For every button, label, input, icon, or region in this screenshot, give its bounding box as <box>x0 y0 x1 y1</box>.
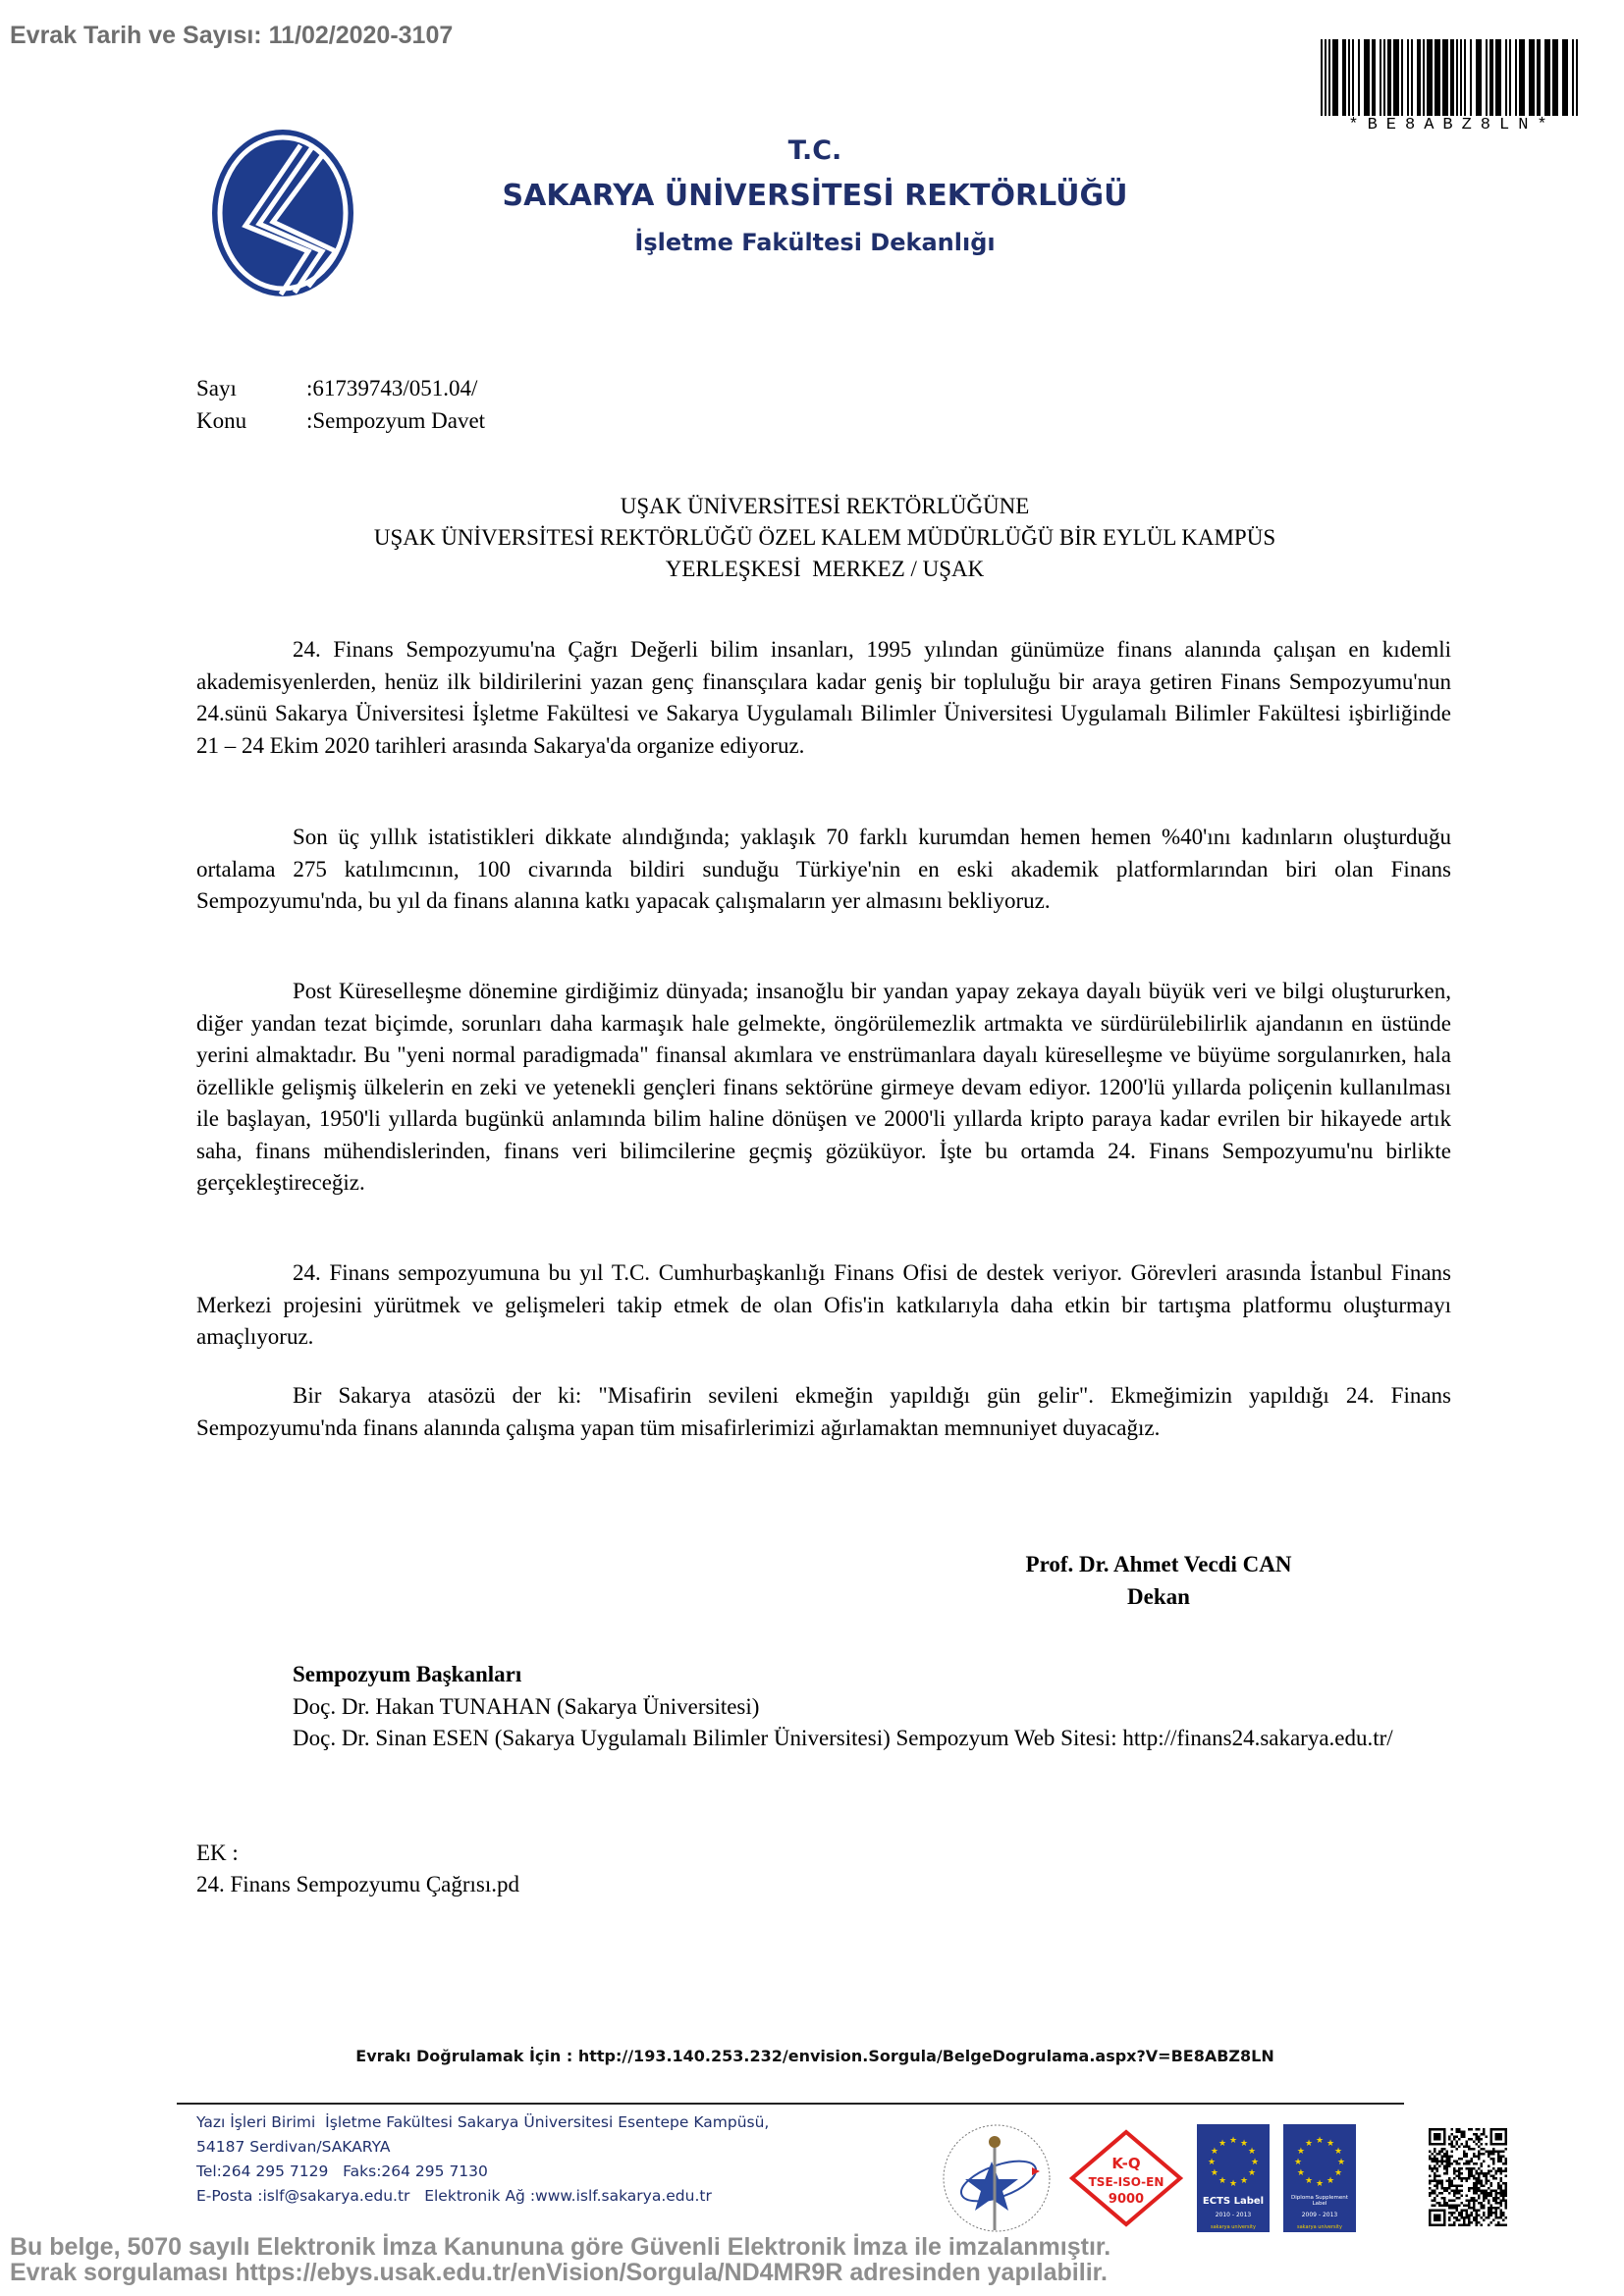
svg-text:★: ★ <box>1316 2135 1324 2145</box>
addressee-line: UŞAK ÜNİVERSİTESİ REKTÖRLÜĞÜNE <box>196 491 1453 522</box>
svg-text:★: ★ <box>1297 2146 1305 2156</box>
ects-org: sakarya university <box>1197 2224 1270 2230</box>
footer-badges: K-Q TSE-ISO-EN 9000 ★★★★★★★★★★★★ ECTS La… <box>938 2120 1356 2236</box>
svg-text:★: ★ <box>1305 2138 1313 2148</box>
chair-2-text: Doç. Dr. Sinan ESEN (Sakarya Uygulamalı … <box>293 1726 1393 1750</box>
body-paragraph-2: Son üç yıllık istatistikleri dikkate alı… <box>196 822 1451 918</box>
ds-title: Diploma Supplement Label <box>1283 2195 1356 2207</box>
svg-text:★: ★ <box>1240 2138 1248 2148</box>
e-signature-line: Bu belge, 5070 sayılı Elektronik İmza Ka… <box>10 2234 1110 2260</box>
signatory-title: Dekan <box>884 1580 1434 1613</box>
symposium-chairs: Sempozyum Başkanları Doç. Dr. Hakan TUNA… <box>196 1659 1451 1755</box>
document-query-line: Evrak sorgulaması https://ebys.usak.edu.… <box>10 2260 1110 2285</box>
chair-1: Doç. Dr. Hakan TUNAHAN (Sakarya Üniversi… <box>196 1691 1451 1724</box>
sayi-label: Sayı <box>196 376 306 401</box>
svg-text:★: ★ <box>1240 2175 1248 2185</box>
meta-sayi: Sayı:61739743/051.04/ <box>196 376 477 401</box>
svg-text:★: ★ <box>1316 2178 1324 2188</box>
svg-text:K-Q: K-Q <box>1111 2155 1140 2172</box>
body-paragraph-4: 24. Finans sempozyumuna bu yıl T.C. Cumh… <box>196 1257 1451 1354</box>
ects-label-badge: ★★★★★★★★★★★★ ECTS Label 2010 - 2013 saka… <box>1197 2124 1270 2232</box>
paragraph-text: Bir Sakarya atasözü der ki: "Misafirin s… <box>196 1383 1451 1440</box>
svg-text:★: ★ <box>1218 2175 1226 2185</box>
konu-value: :Sempozyum Davet <box>306 408 485 433</box>
header-tc: T.C. <box>442 135 1188 166</box>
tse-iso-badge: K-Q TSE-ISO-EN 9000 <box>1069 2129 1183 2227</box>
konu-label: Konu <box>196 408 306 434</box>
svg-text:★: ★ <box>1211 2167 1218 2177</box>
footer-line: Yazı İşleri Birimi İşletme Fakültesi Sak… <box>196 2110 769 2135</box>
svg-text:★: ★ <box>1334 2167 1342 2177</box>
footer-address: Yazı İşleri Birimi İşletme Fakültesi Sak… <box>196 2110 769 2209</box>
addressee-block: UŞAK ÜNİVERSİTESİ REKTÖRLÜĞÜNE UŞAK ÜNİV… <box>196 491 1453 585</box>
addressee-line: UŞAK ÜNİVERSİTESİ REKTÖRLÜĞÜ ÖZEL KALEM … <box>196 522 1453 554</box>
paragraph-text: Son üç yıllık istatistikleri dikkate alı… <box>196 825 1451 913</box>
svg-text:★: ★ <box>1211 2146 1218 2156</box>
ects-years: 2010 - 2013 <box>1197 2212 1270 2218</box>
header-faculty: İşletme Fakültesi Dekanlığı <box>442 229 1188 256</box>
footer-line: 54187 Serdivan/SAKARYA <box>196 2135 769 2160</box>
attachment-item[interactable]: 24. Finans Sempozyumu Çağrısı.pd <box>196 1869 519 1900</box>
diploma-supplement-badge: ★★★★★★★★★★★★ Diploma Supplement Label 20… <box>1283 2124 1356 2232</box>
svg-text:★: ★ <box>1297 2167 1305 2177</box>
svg-text:★: ★ <box>1248 2167 1256 2177</box>
svg-text:★: ★ <box>1208 2157 1216 2166</box>
verification-link[interactable]: Evrakı Doğrulamak İçin : http://193.140.… <box>177 2047 1453 2065</box>
barcode-icon <box>1321 39 1584 116</box>
body-paragraph-1: 24. Finans Sempozyumu'na Çağrı Değerli b… <box>196 634 1451 762</box>
svg-text:★: ★ <box>1305 2175 1313 2185</box>
footer-divider <box>177 2103 1404 2105</box>
svg-text:★: ★ <box>1294 2157 1302 2166</box>
svg-text:★: ★ <box>1326 2138 1334 2148</box>
svg-text:★: ★ <box>1326 2175 1334 2185</box>
svg-text:★: ★ <box>1337 2157 1345 2166</box>
svg-text:★: ★ <box>1334 2146 1342 2156</box>
svg-text:★: ★ <box>1251 2157 1259 2166</box>
barcode: *BE8ABZ8LN* <box>1321 39 1584 120</box>
signatory-name: Prof. Dr. Ahmet Vecdi CAN <box>884 1548 1434 1580</box>
qr-code-icon <box>1429 2128 1507 2226</box>
svg-text:TSE-ISO-EN: TSE-ISO-EN <box>1089 2175 1164 2189</box>
chair-2: Doç. Dr. Sinan ESEN (Sakarya Uygulamalı … <box>196 1723 1451 1755</box>
svg-text:★: ★ <box>1229 2178 1237 2188</box>
svg-text:9000: 9000 <box>1109 2192 1144 2207</box>
svg-text:★: ★ <box>1229 2135 1237 2145</box>
signature-block: Prof. Dr. Ahmet Vecdi CAN Dekan <box>884 1548 1434 1613</box>
sayi-value: :61739743/051.04/ <box>306 376 477 400</box>
addressee-line: YERLEŞKESİ MERKEZ / UŞAK <box>196 554 1453 585</box>
ds-years: 2009 - 2013 <box>1283 2212 1356 2218</box>
document-date-number-stamp: Evrak Tarih ve Sayısı: 11/02/2020-3107 <box>10 22 453 50</box>
attachment-block: EK : 24. Finans Sempozyumu Çağrısı.pd <box>196 1838 519 1900</box>
paragraph-text: 24. Finans sempozyumuna bu yıl T.C. Cumh… <box>196 1260 1451 1349</box>
barcode-text: *BE8ABZ8LN* <box>1321 116 1584 134</box>
sakarya-university-logo-icon <box>210 128 355 298</box>
ects-title: ECTS Label <box>1197 2196 1270 2207</box>
header-university: SAKARYA ÜNİVERSİTESİ REKTÖRLÜĞÜ <box>442 179 1188 213</box>
svg-text:★: ★ <box>1248 2146 1256 2156</box>
attachment-label: EK : <box>196 1838 519 1869</box>
paragraph-text: Post Küreselleşme dönemine girdiğimiz dü… <box>196 979 1451 1195</box>
footer-line: Tel:264 295 7129 Faks:264 295 7130 <box>196 2160 769 2184</box>
meta-konu: Konu:Sempozyum Davet <box>196 408 485 434</box>
excellence-award-badge-icon <box>938 2120 1056 2236</box>
body-paragraph-5: Bir Sakarya atasözü der ki: "Misafirin s… <box>196 1380 1451 1444</box>
paragraph-text: 24. Finans Sempozyumu'na Çağrı Değerli b… <box>196 637 1451 758</box>
footer-line: E-Posta :islf@sakarya.edu.tr Elektronik … <box>196 2184 769 2209</box>
ds-org: sakarya university <box>1283 2224 1356 2230</box>
body-paragraph-3: Post Küreselleşme dönemine girdiğimiz dü… <box>196 976 1451 1200</box>
e-signature-stamp: Bu belge, 5070 sayılı Elektronik İmza Ka… <box>10 2234 1110 2285</box>
svg-text:★: ★ <box>1218 2138 1226 2148</box>
chairs-heading: Sempozyum Başkanları <box>196 1659 1451 1691</box>
